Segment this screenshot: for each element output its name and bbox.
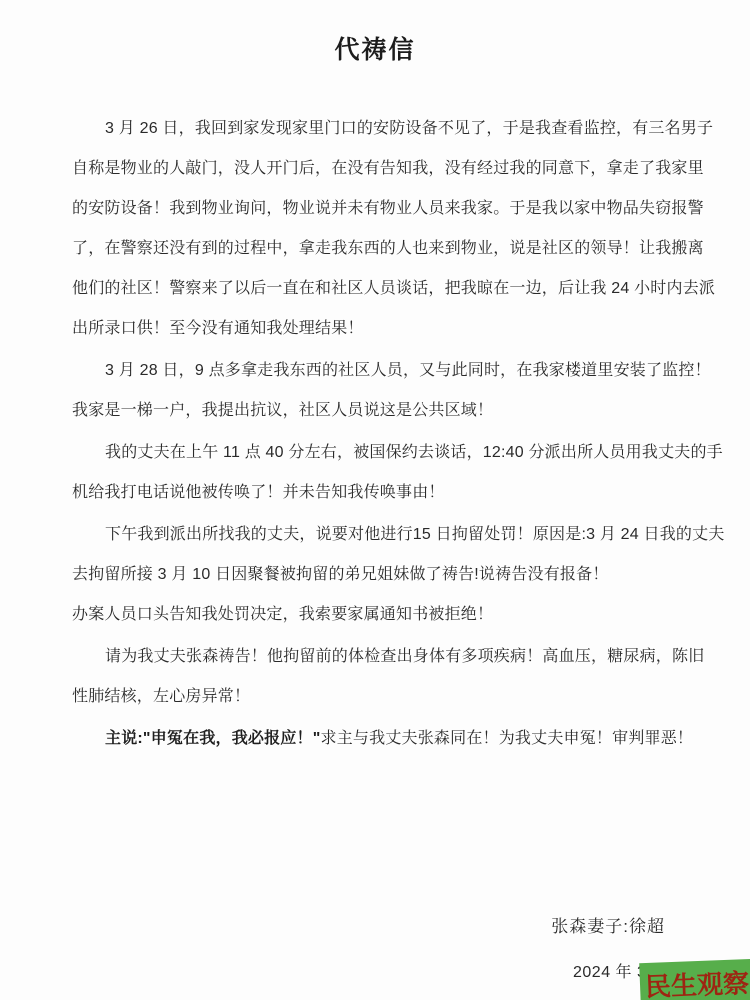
letter-line: 机给我打电话说他被传唤了！并未告知我传唤事由！ — [72, 473, 694, 513]
watermark-label: 民生观察 — [644, 963, 749, 1000]
letter-title: 代祷信 — [0, 30, 750, 66]
letter-line: 我的丈夫在上午 11 点 40 分左右，被国保约去谈话，12:40 分派出所人员… — [72, 433, 694, 473]
letter-line: 自称是物业的人敲门，没人开门后，在没有告知我，没有经过我的同意下，拿走了我家里 — [72, 149, 694, 189]
closing-bold-text: 主说:"申冤在我，我必报应！" — [105, 730, 321, 747]
letter-closing-line: 主说:"申冤在我，我必报应！"求主与我丈夫张森同在！为我丈夫申冤！审判罪恶！ — [72, 719, 694, 759]
watermark-badge: 民生观察 — [639, 959, 750, 1000]
letter-line: 他们的社区！警察来了以后一直在和社区人员谈话，把我晾在一边，后让我 24 小时内… — [72, 269, 694, 309]
letter-line: 出所录口供！至今没有通知我处理结果！ — [72, 309, 694, 349]
letter-line: 去拘留所接 3 月 10 日因聚餐被拘留的弟兄姐妹做了祷告!说祷告没有报备！ — [72, 555, 694, 595]
letter-line: 3 月 28 日，9 点多拿走我东西的社区人员，又与此同时，在我家楼道里安装了监… — [72, 351, 694, 391]
letter-line: 办案人员口头告知我处罚决定，我索要家属通知书被拒绝！ — [72, 595, 694, 635]
closing-regular-text: 求主与我丈夫张森同在！为我丈夫申冤！审判罪恶！ — [321, 730, 694, 747]
letter-page: 代祷信 3 月 26 日，我回到家发现家里门口的安防设备不见了，于是我查看监控，… — [0, 0, 750, 1000]
letter-body: 3 月 26 日，我回到家发现家里门口的安防设备不见了，于是我查看监控，有三名男… — [72, 109, 694, 759]
signature-name: 张森妻子:徐超 — [551, 912, 665, 937]
letter-line: 了，在警察还没有到的过程中，拿走我东西的人也来到物业，说是社区的领导！让我搬离 — [72, 229, 694, 269]
letter-line: 我家是一梯一户，我提出抗议，社区人员说这是公共区域！ — [72, 391, 694, 431]
letter-line: 的安防设备！我到物业询问，物业说并未有物业人员来我家。于是我以家中物品失窃报警 — [72, 189, 694, 229]
letter-line: 3 月 26 日，我回到家发现家里门口的安防设备不见了，于是我查看监控，有三名男… — [72, 109, 694, 149]
letter-line: 请为我丈夫张森祷告！他拘留前的体检查出身体有多项疾病！高血压，糖尿病，陈旧 — [72, 637, 694, 677]
letter-line: 下午我到派出所找我的丈夫，说要对他进行15 日拘留处罚！原因是:3 月 24 日… — [72, 515, 694, 555]
letter-line: 性肺结核，左心房异常！ — [72, 677, 694, 717]
